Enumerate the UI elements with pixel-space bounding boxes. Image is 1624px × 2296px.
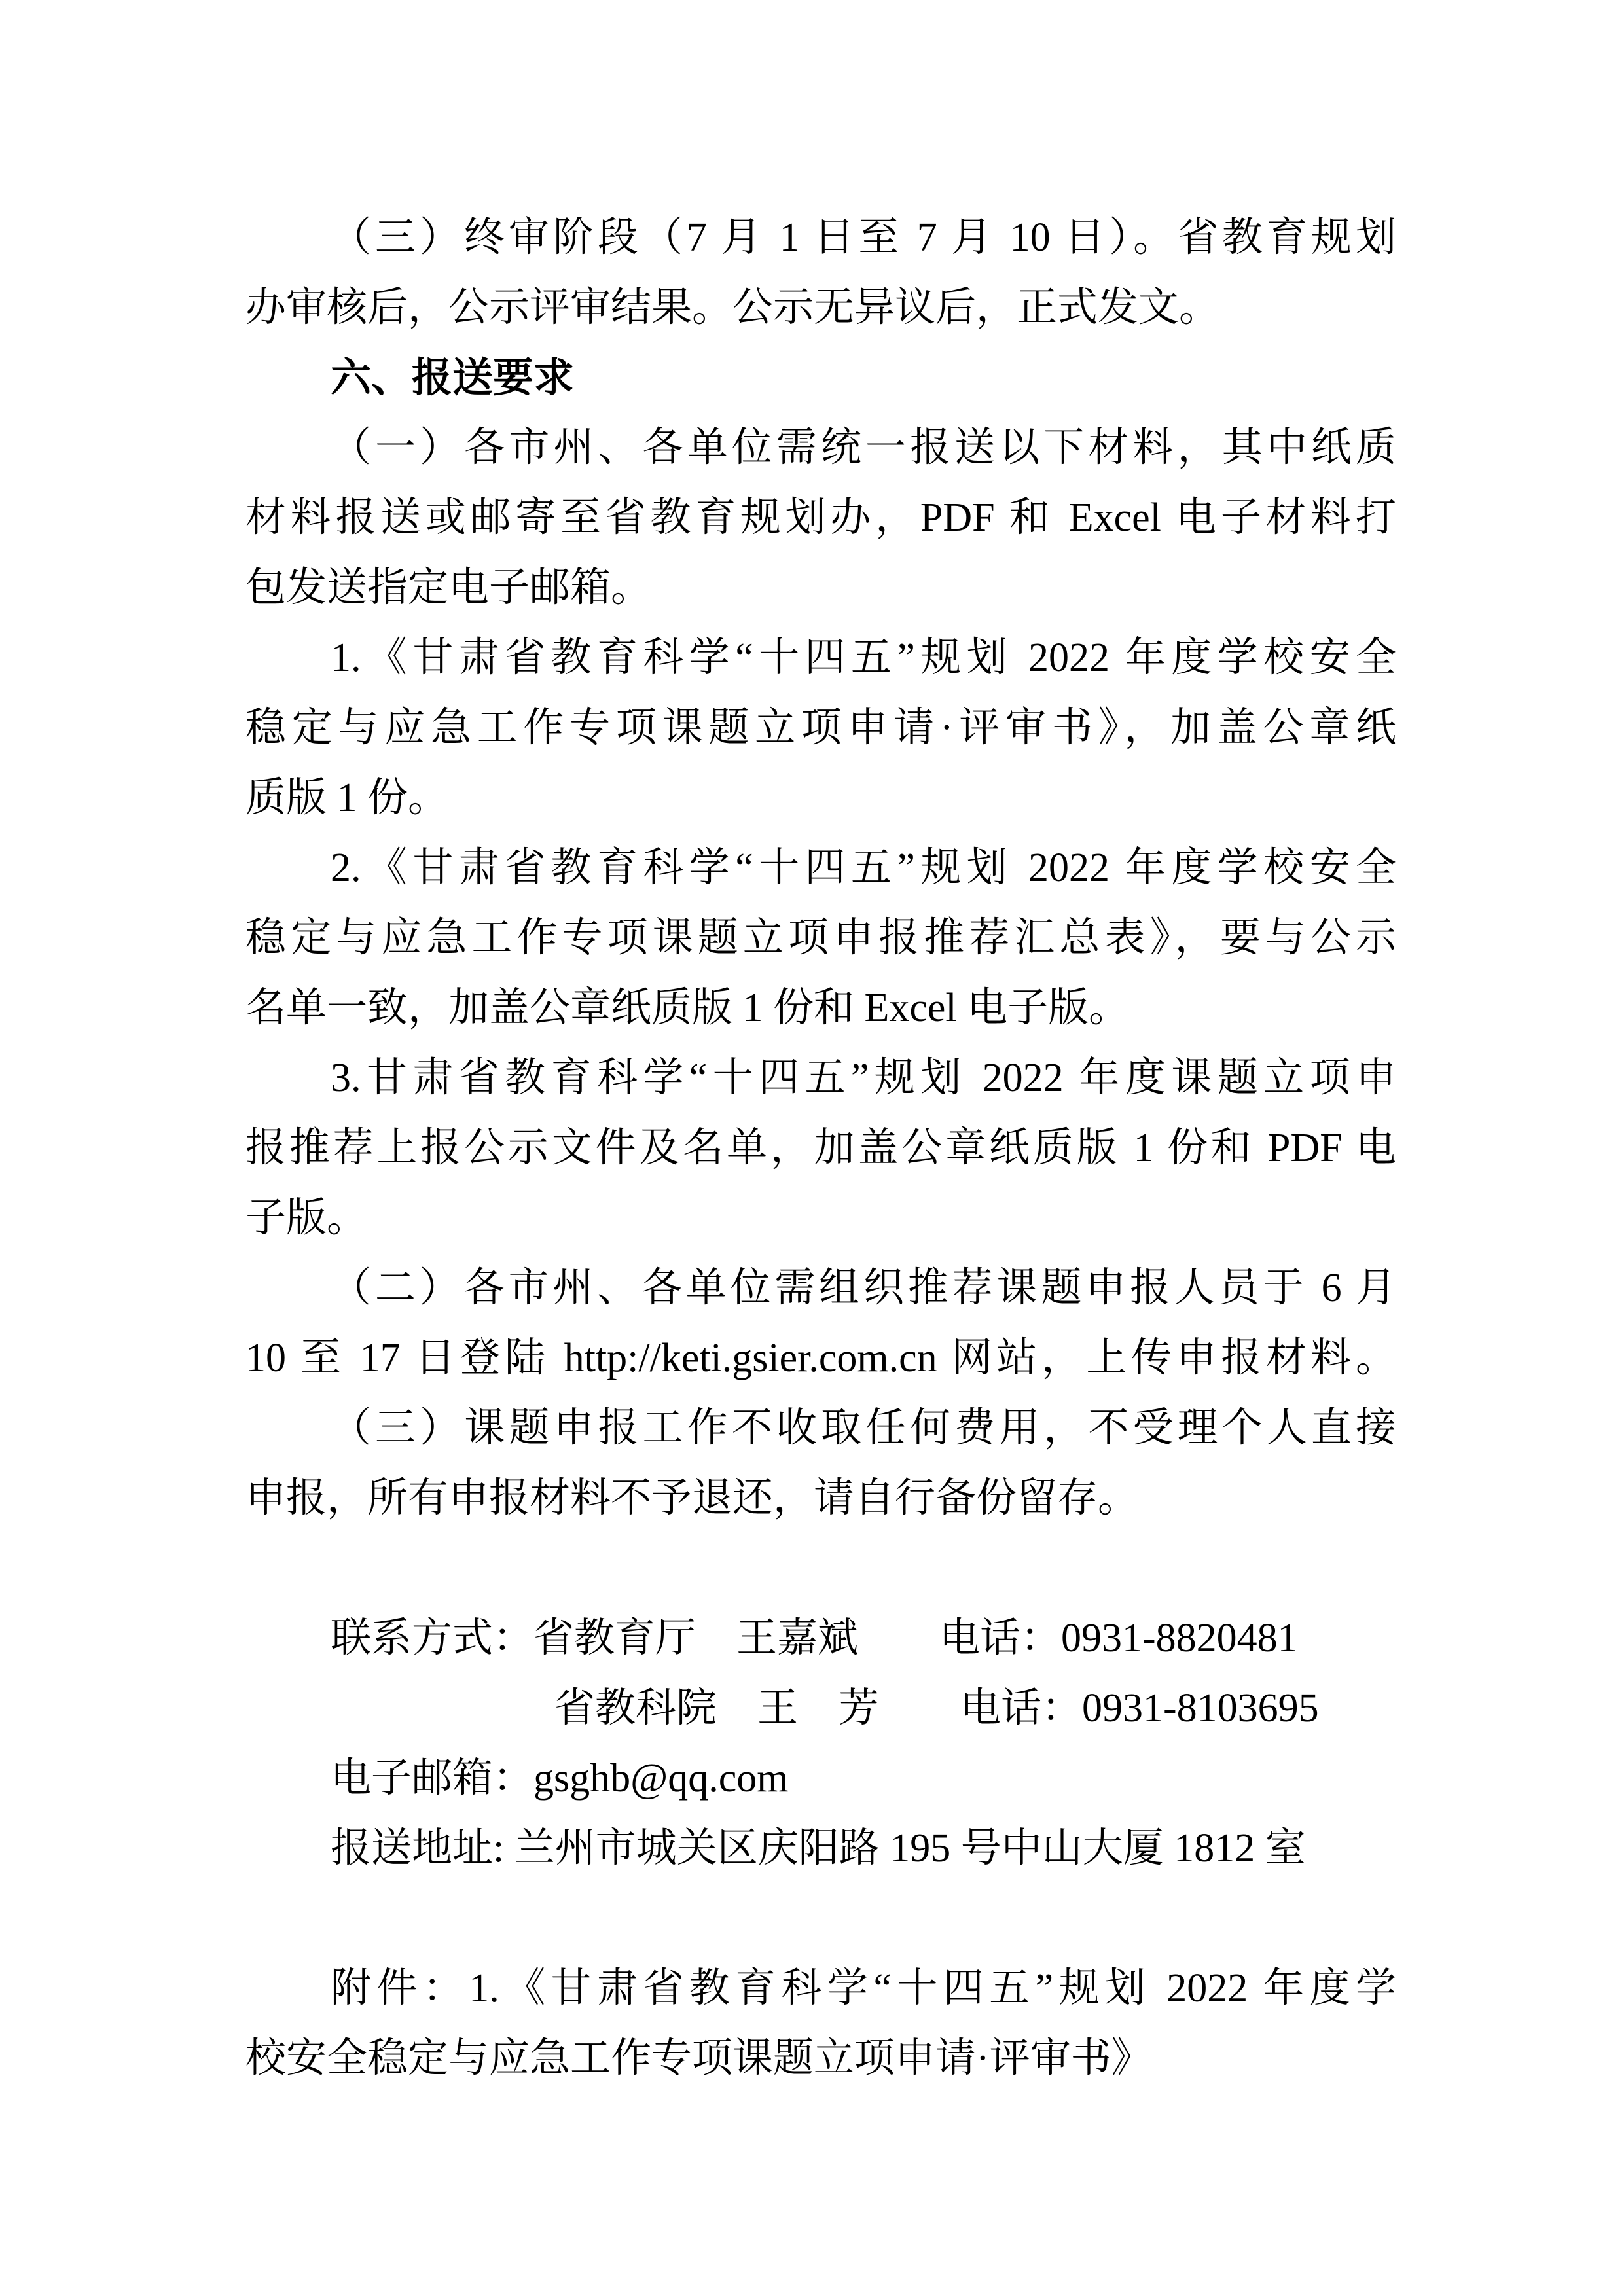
material-3-line-1: 3.甘肃省教育科学“十四五”规划 2022 年度课题立项申 [245,1043,1396,1113]
submission-intro-line-2: 材料报送或邮寄至省教育规划办，PDF 和 Excel 电子材料打 [245,483,1396,553]
material-2-line-2: 稳定与应急工作专项课题立项申报推荐汇总表》，要与公示 [245,903,1396,973]
document-page: （三）终审阶段（7 月 1 日至 7 月 10 日）。省教育规划 办审核后，公示… [0,0,1624,2296]
attachment-line-2: 校安全稳定与应急工作专项课题立项申请·评审书》 [245,2024,1396,2094]
fee-notice-line-1: （三）课题申报工作不收取任何费用，不受理个人直接 [245,1393,1396,1463]
online-submission-line-2: 10 至 17 日登陆 http://keti.gsier.com.cn 网站，… [245,1323,1396,1393]
material-3-line-3: 子版。 [245,1183,1396,1253]
material-1-line-3: 质版 1 份。 [245,763,1396,833]
submission-intro-line-3: 包发送指定电子邮箱。 [245,553,1396,623]
material-2-line-1: 2.《甘肃省教育科学“十四五”规划 2022 年度学校安全 [245,833,1396,903]
material-3-line-2: 报推荐上报公示文件及名单，加盖公章纸质版 1 份和 PDF 电 [245,1113,1396,1183]
contact-line-email: 电子邮箱：gsghb@qq.com [245,1744,1396,1814]
section-six-heading: 六、报送要求 [245,343,1396,413]
fee-notice-line-2: 申报，所有申报材料不予退还，请自行备份留存。 [245,1463,1396,1534]
contact-line-education-department: 联系方式：省教育厅 王嘉斌 电话：0931-8820481 [245,1604,1396,1674]
submission-intro-line-1: （一）各市州、各单位需统一报送以下材料，其中纸质 [245,413,1396,483]
document-body: （三）终审阶段（7 月 1 日至 7 月 10 日）。省教育规划 办审核后，公示… [245,203,1396,2094]
contact-line-academy: 省教科院 王 芳 电话：0931-8103695 [245,1674,1396,1744]
attachment-line-1: 附件：1.《甘肃省教育科学“十四五”规划 2022 年度学 [245,1954,1396,2024]
material-1-line-1: 1.《甘肃省教育科学“十四五”规划 2022 年度学校安全 [245,623,1396,693]
contact-line-address: 报送地址: 兰州市城关区庆阳路 195 号中山大厦 1812 室 [245,1814,1396,1884]
final-review-line-1: （三）终审阶段（7 月 1 日至 7 月 10 日）。省教育规划 [245,203,1396,273]
online-submission-line-1: （二）各市州、各单位需组织推荐课题申报人员于 6 月 [245,1253,1396,1323]
final-review-line-2: 办审核后，公示评审结果。公示无异议后，正式发文。 [245,273,1396,343]
material-1-line-2: 稳定与应急工作专项课题立项申请·评审书》，加盖公章纸 [245,693,1396,763]
material-2-line-3: 名单一致，加盖公章纸质版 1 份和 Excel 电子版。 [245,973,1396,1043]
